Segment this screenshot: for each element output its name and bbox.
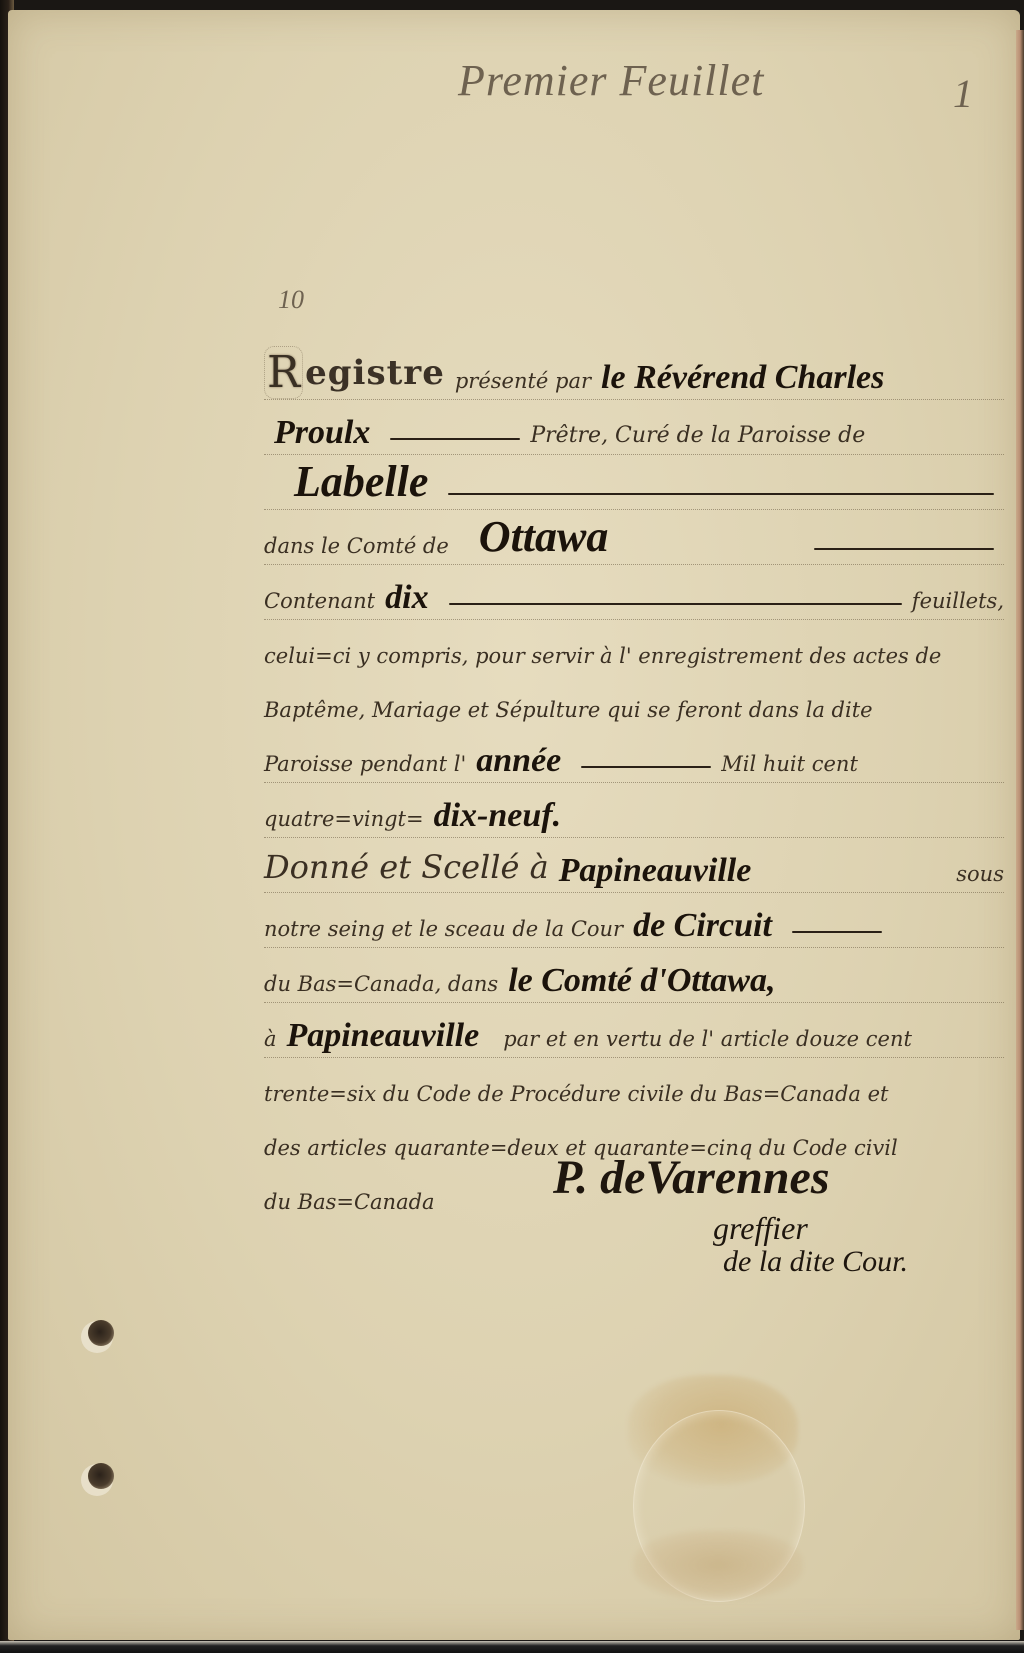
pen-dash <box>448 493 994 495</box>
handwritten-entry: Proulx <box>264 414 380 454</box>
page-right-edge <box>1016 30 1024 1630</box>
printed-text: celui=ci y compris, pour servir à l' enr… <box>264 644 941 674</box>
printed-text: à <box>264 1027 277 1057</box>
printed-text: Mil huit cent <box>721 752 858 782</box>
form-line-text: celui=ci y compris, pour servir à l' enr… <box>264 620 1004 674</box>
printed-text: Prêtre, Curé de la Paroisse de <box>530 423 865 454</box>
punch-hole-lower <box>88 1463 114 1489</box>
printed-text: feuillets, <box>912 589 1004 619</box>
form-line-leaves: Contenant dix feuillets, <box>264 565 1004 620</box>
signature-block: P. deVarennes greffier de la dite Cour. <box>553 1150 1013 1280</box>
clerk-signature: P. deVarennes <box>553 1150 830 1205</box>
form-line-text: Baptême, Mariage et Sépulture qui se fer… <box>264 674 1004 728</box>
handwritten-entry: le Révérend Charles <box>591 359 894 399</box>
printed-text: dans le Comté de <box>264 534 449 564</box>
punch-hole-upper <box>88 1320 114 1346</box>
form-line-place: à Papineauville par et en vertu de l' ar… <box>264 1003 1004 1058</box>
clerk-title: greffier <box>713 1210 808 1247</box>
handwritten-entry: Papineauville <box>277 1017 490 1057</box>
handwritten-entry: Ottawa <box>469 511 619 564</box>
printed-text: Donné et Scellé à <box>264 848 549 892</box>
pen-dash <box>792 931 882 933</box>
water-stain-lower <box>633 1530 803 1600</box>
clerk-court: de la dite Cour. <box>723 1245 908 1279</box>
form-line-court: notre seing et le sceau de la Cour de Ci… <box>264 893 1004 948</box>
ornate-initial: R <box>264 346 303 399</box>
printed-text: Contenant <box>264 589 375 619</box>
pen-dash <box>814 548 994 550</box>
handwritten-entry: de Circuit <box>623 907 782 947</box>
form-line-year-word: Paroisse pendant l' année Mil huit cent <box>264 728 1004 783</box>
printed-text: egistre <box>305 353 445 399</box>
printed-text: sous <box>956 862 1004 892</box>
handwritten-entry: le Comté d'Ottawa, <box>498 962 785 1002</box>
pen-dash <box>581 766 711 768</box>
handwritten-entry: dix-neuf. <box>424 797 572 837</box>
pen-dash <box>449 603 902 605</box>
register-page: Premier Feuillet 1 10 R egistre présenté… <box>8 10 1020 1640</box>
printed-text: Paroisse pendant l' <box>264 752 466 782</box>
printed-text: par et en vertu de l' article douze cent <box>503 1027 912 1057</box>
form-line-text: trente=six du Code de Procédure civile d… <box>264 1058 1004 1112</box>
register-form: R egistre présenté par le Révérend Charl… <box>264 345 1004 1220</box>
printed-text: notre seing et le sceau de la Cour <box>264 917 623 947</box>
form-line-parish: Labelle <box>264 455 1004 510</box>
handwritten-entry: Labelle <box>284 456 438 509</box>
header-note: Premier Feuillet <box>458 55 764 106</box>
printed-text: Baptême, Mariage et Sépulture qui se fer… <box>264 698 873 728</box>
printed-text: présenté par <box>455 369 591 399</box>
pen-dash <box>390 438 520 440</box>
page-number: 1 <box>953 70 973 117</box>
form-line-priest: Proulx Prêtre, Curé de la Paroisse de <box>264 400 1004 455</box>
form-line-year-number: quatre=vingt= dix-neuf. <box>264 783 1004 838</box>
form-line-given-at: Donné et Scellé à Papineauville sous <box>264 838 1004 893</box>
handwritten-entry: Papineauville <box>549 852 762 892</box>
printed-text: trente=six du Code de Procédure civile d… <box>264 1082 888 1112</box>
form-line-county: dans le Comté de Ottawa <box>264 510 1004 565</box>
printed-text: quatre=vingt= <box>264 807 424 837</box>
printed-text: du Bas=Canada, dans <box>264 972 498 1002</box>
form-line-registre: R egistre présenté par le Révérend Charl… <box>264 345 1004 400</box>
bottom-edge <box>0 1641 1024 1653</box>
printed-text: du Bas=Canada <box>264 1190 435 1220</box>
handwritten-entry: année <box>466 742 571 782</box>
form-line-district: du Bas=Canada, dans le Comté d'Ottawa, <box>264 948 1004 1003</box>
handwritten-entry: dix <box>375 579 438 619</box>
volume-number: 10 <box>278 285 304 315</box>
